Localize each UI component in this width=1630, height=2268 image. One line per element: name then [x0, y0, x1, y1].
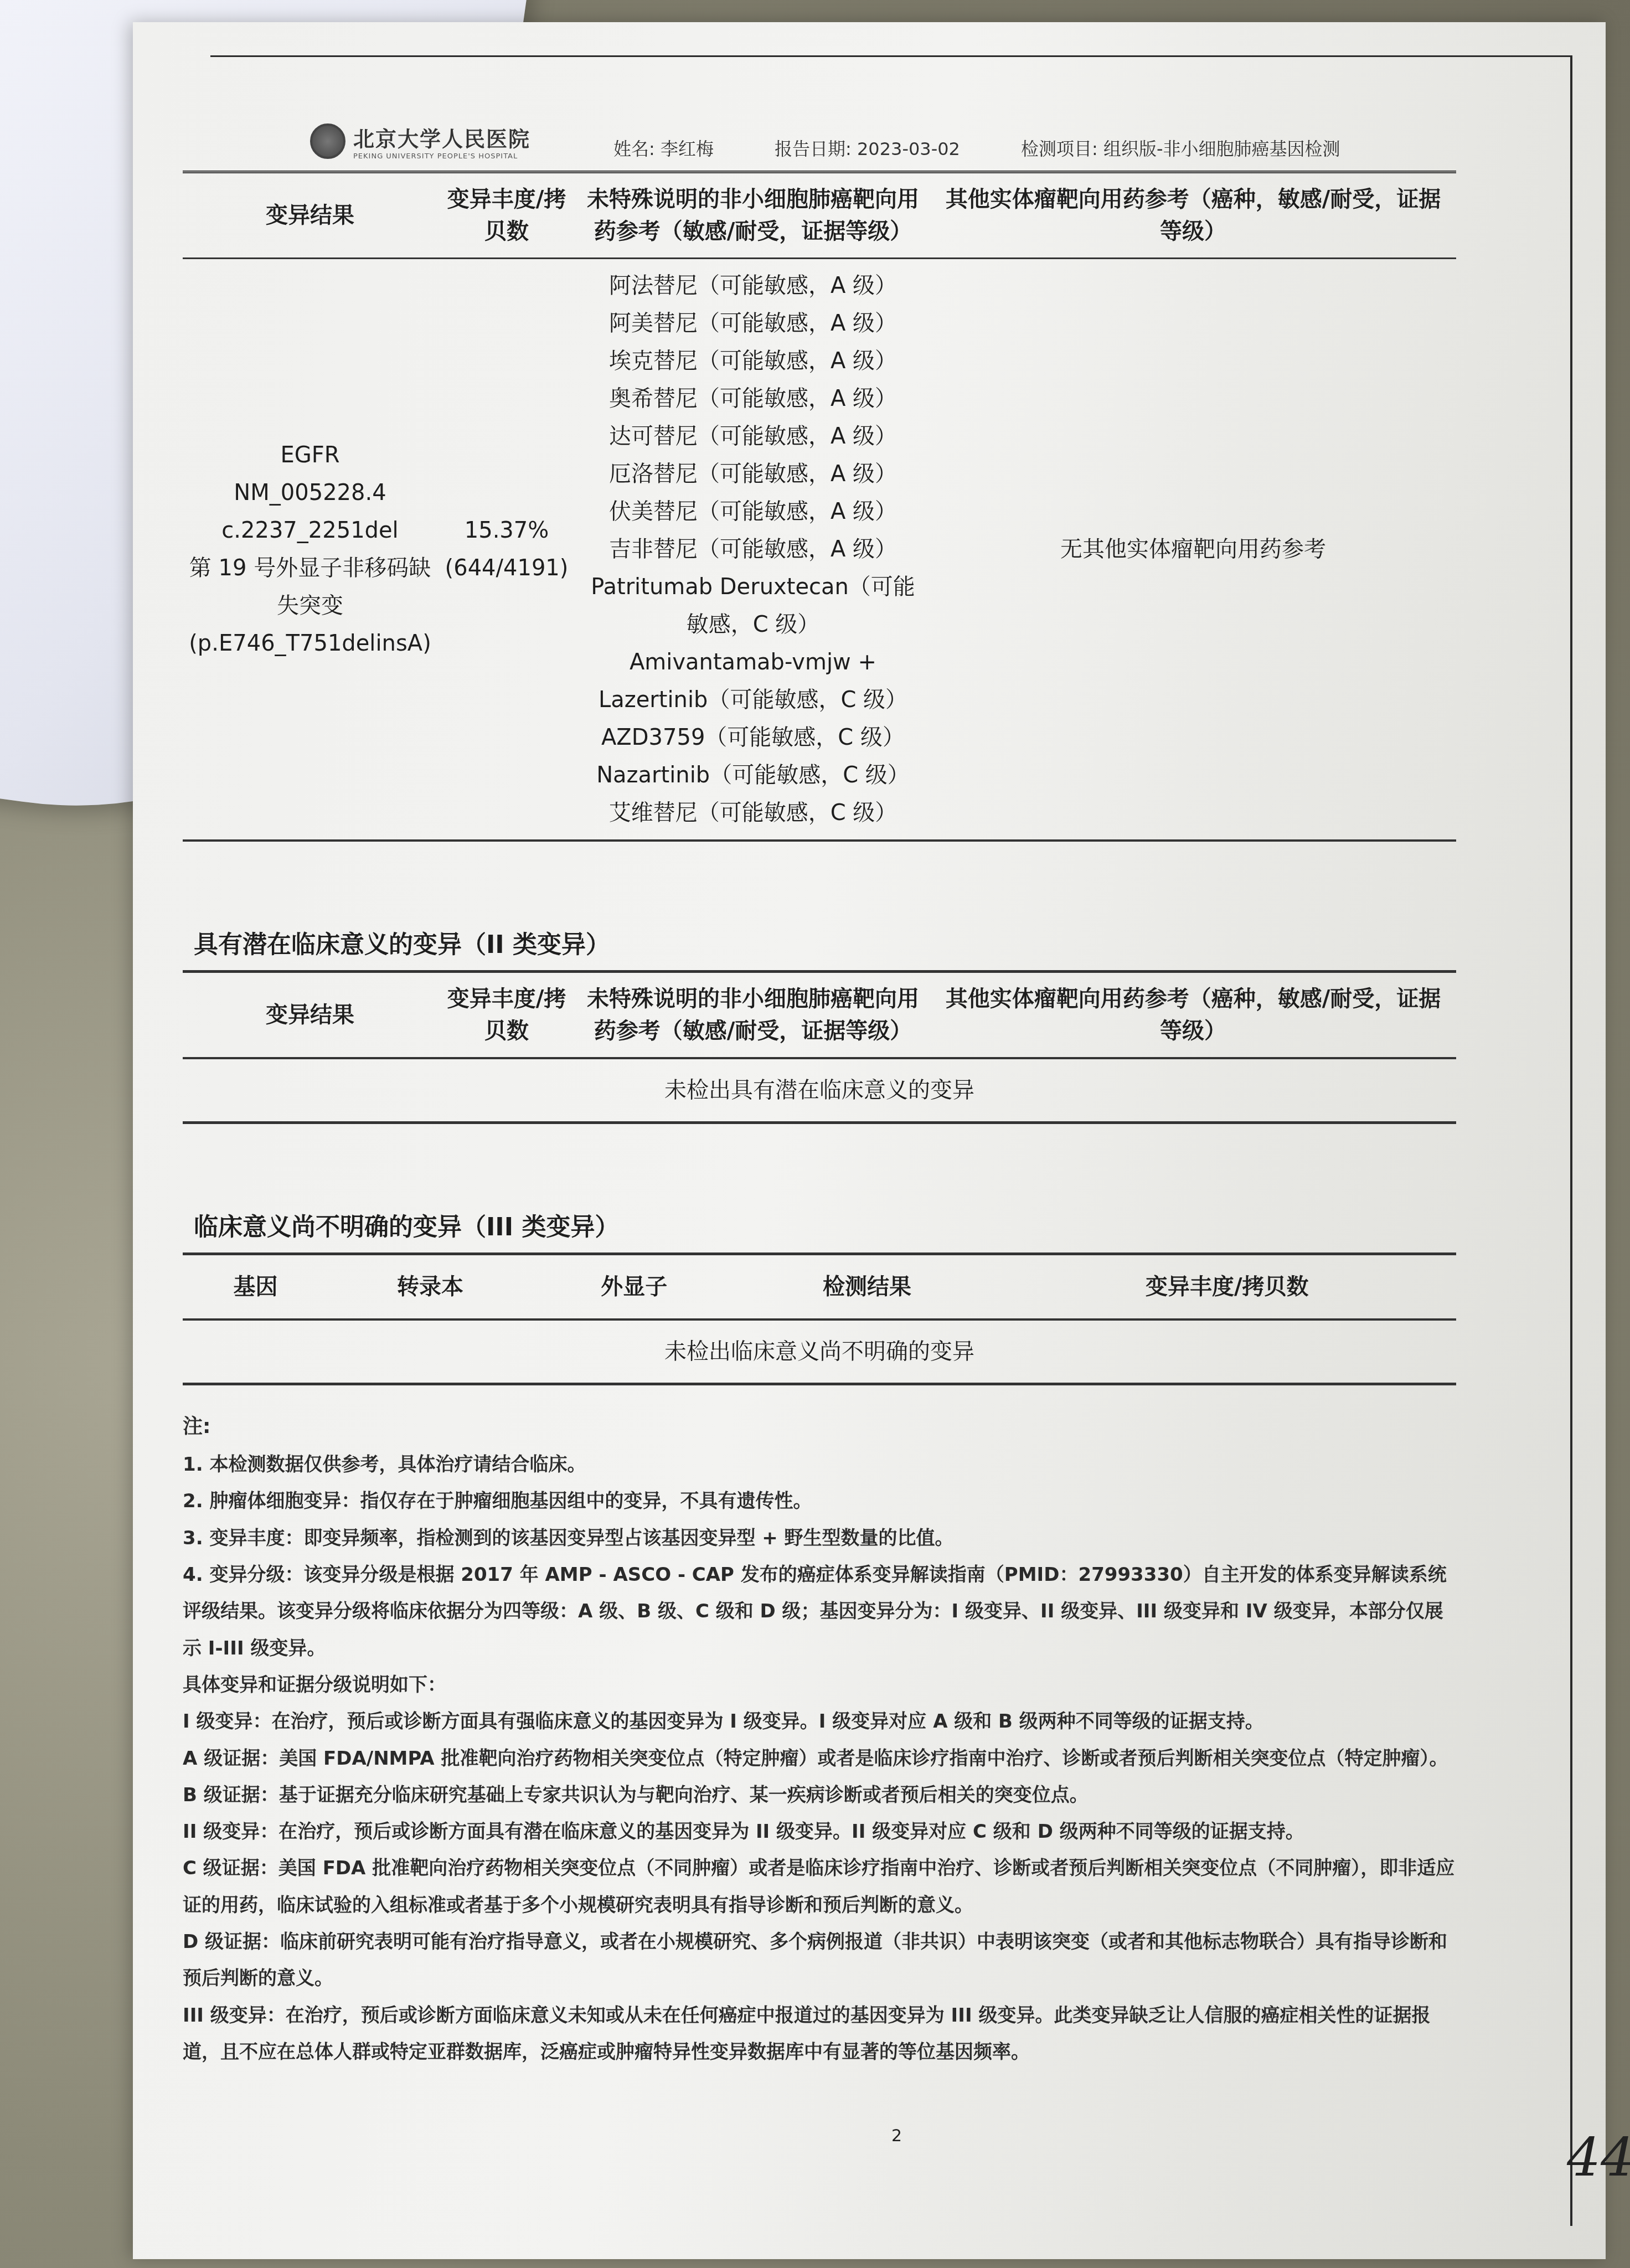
table-row: 未检出临床意义尚不明确的变异	[183, 1319, 1456, 1384]
report-page: 北京大学人民医院 PEKING UNIVERSITY PEOPLE'S HOSP…	[133, 22, 1606, 2259]
vaf-cell: 15.37% (644/4191)	[437, 259, 576, 841]
drug-item: Amivantamab-vmjw + Lazertinib（可能敏感，C 级）	[581, 643, 925, 719]
note-item: I 级变异：在治疗，预后或诊断方面具有强临床意义的基因变异为 I 级变异。I 级…	[183, 1703, 1456, 1740]
class1-variant-table: 变异结果 变异丰度/拷贝数 未特殊说明的非小细胞肺癌靶向用药参考（敏感/耐受，证…	[183, 173, 1456, 842]
drug-item: 吉非替尼（可能敏感，A 级）	[581, 530, 925, 568]
note-item: 2. 肿瘤体细胞变异：指仅存在于肿瘤细胞基因组中的变异，不具有遗传性。	[183, 1483, 1456, 1519]
note-item: C 级证据：美国 FDA 批准靶向治疗药物相关突变位点（不同肿瘤）或者是临床诊疗…	[183, 1850, 1456, 1924]
note-item: 具体变异和证据分级说明如下：	[183, 1667, 1456, 1703]
drug-item: 阿法替尼（可能敏感，A 级）	[581, 267, 925, 305]
report-date: 报告日期: 2023-03-02	[775, 135, 960, 161]
hospital-logo: 北京大学人民医院 PEKING UNIVERSITY PEOPLE'S HOSP…	[310, 122, 530, 161]
note-item: III 级变异：在治疗，预后或诊断方面临床意义未知或从未在任何癌症中报道过的基因…	[183, 1997, 1456, 2071]
hospital-name: 北京大学人民医院	[353, 122, 530, 152]
drug-item: 奥希替尼（可能敏感，A 级）	[581, 380, 925, 417]
drug-item: 达可替尼（可能敏感，A 级）	[581, 417, 925, 455]
table-row: EGFR NM_005228.4 c.2237_2251del 第 19 号外显…	[183, 259, 1456, 841]
note-item: D 级证据：临床前研究表明可能有治疗指导意义，或者在小规模研究、多个病例报道（非…	[183, 1924, 1456, 1997]
col-nsclc-drugs: 未特殊说明的非小细胞肺癌靶向用药参考（敏感/耐受，证据等级）	[576, 173, 930, 259]
hospital-name-en: PEKING UNIVERSITY PEOPLE'S HOSPITAL	[353, 152, 530, 161]
page-number: 2	[891, 2126, 902, 2146]
drug-item: Nazartinib（可能敏感，C 级）	[581, 756, 925, 794]
class3-empty-message: 未检出临床意义尚不明确的变异	[183, 1319, 1456, 1384]
drug-item: 埃克替尼（可能敏感，A 级）	[581, 342, 925, 380]
class2-variant-table: 变异结果 变异丰度/拷贝数 未特殊说明的非小细胞肺癌靶向用药参考（敏感/耐受，证…	[183, 970, 1456, 1124]
other-tumor-cell: 无其他实体瘤靶向用药参考	[930, 259, 1456, 841]
hospital-emblem-icon	[310, 123, 345, 159]
drug-item: Patritumab Deruxtecan（可能敏感，C 级）	[581, 568, 925, 643]
class2-section-title: 具有潜在临床意义的变异（II 类变异）	[194, 925, 1456, 960]
note-item: B 级证据：基于证据充分临床研究基础上专家共识认为与靶向治疗、某一疾病诊断或者预…	[183, 1777, 1456, 1813]
drug-item: 艾维替尼（可能敏感，C 级）	[581, 794, 925, 832]
class2-empty-message: 未检出具有潜在临床意义的变异	[183, 1058, 1456, 1123]
table-row: 未检出具有潜在临床意义的变异	[183, 1058, 1456, 1123]
note-item: 4. 变异分级：该变异分级是根据 2017 年 AMP - ASCO - CAP…	[183, 1556, 1456, 1667]
col-variant-result: 变异结果	[183, 173, 437, 259]
class3-section-title: 临床意义尚不明确的变异（III 类变异）	[194, 1207, 1456, 1243]
report-header: 北京大学人民医院 PEKING UNIVERSITY PEOPLE'S HOSP…	[183, 122, 1456, 173]
note-item: A 级证据：美国 FDA/NMPA 批准靶向治疗药物相关突变位点（特定肿瘤）或者…	[183, 1740, 1456, 1777]
note-item: II 级变异：在治疗，预后或诊断方面具有潜在临床意义的基因变异为 II 级变异。…	[183, 1813, 1456, 1850]
class3-variant-table: 基因 转录本 外显子 检测结果 变异丰度/拷贝数 未检出临床意义尚不明确的变异	[183, 1252, 1456, 1385]
nsclc-drug-list: 阿法替尼（可能敏感，A 级） 阿美替尼（可能敏感，A 级） 埃克替尼（可能敏感，…	[576, 259, 930, 841]
page-content: 北京大学人民医院 PEKING UNIVERSITY PEOPLE'S HOSP…	[183, 122, 1456, 2070]
variant-result-cell: EGFR NM_005228.4 c.2237_2251del 第 19 号外显…	[183, 259, 437, 841]
notes-section: 注: 1. 本检测数据仅供参考，具体治疗请结合临床。 2. 肿瘤体细胞变异：指仅…	[183, 1408, 1456, 2070]
drug-item: 伏美替尼（可能敏感，A 级）	[581, 493, 925, 530]
test-item: 检测项目: 组织版-非小细胞肺癌基因检测	[1021, 135, 1340, 161]
handwritten-note: 440	[1567, 2126, 1630, 2188]
col-other-tumor-drugs: 其他实体瘤靶向用药参考（癌种，敏感/耐受，证据等级）	[930, 173, 1456, 259]
drug-item: 厄洛替尼（可能敏感，A 级）	[581, 455, 925, 493]
notes-label: 注:	[183, 1408, 1456, 1446]
patient-name: 姓名: 李红梅	[613, 135, 714, 161]
note-item: 3. 变异丰度：即变异频率，指检测到的该基因变异型占该基因变异型 + 野生型数量…	[183, 1520, 1456, 1556]
note-item: 1. 本检测数据仅供参考，具体治疗请结合临床。	[183, 1446, 1456, 1483]
drug-item: 阿美替尼（可能敏感，A 级）	[581, 305, 925, 342]
drug-item: AZD3759（可能敏感，C 级）	[581, 719, 925, 756]
col-vaf: 变异丰度/拷贝数	[437, 173, 576, 259]
